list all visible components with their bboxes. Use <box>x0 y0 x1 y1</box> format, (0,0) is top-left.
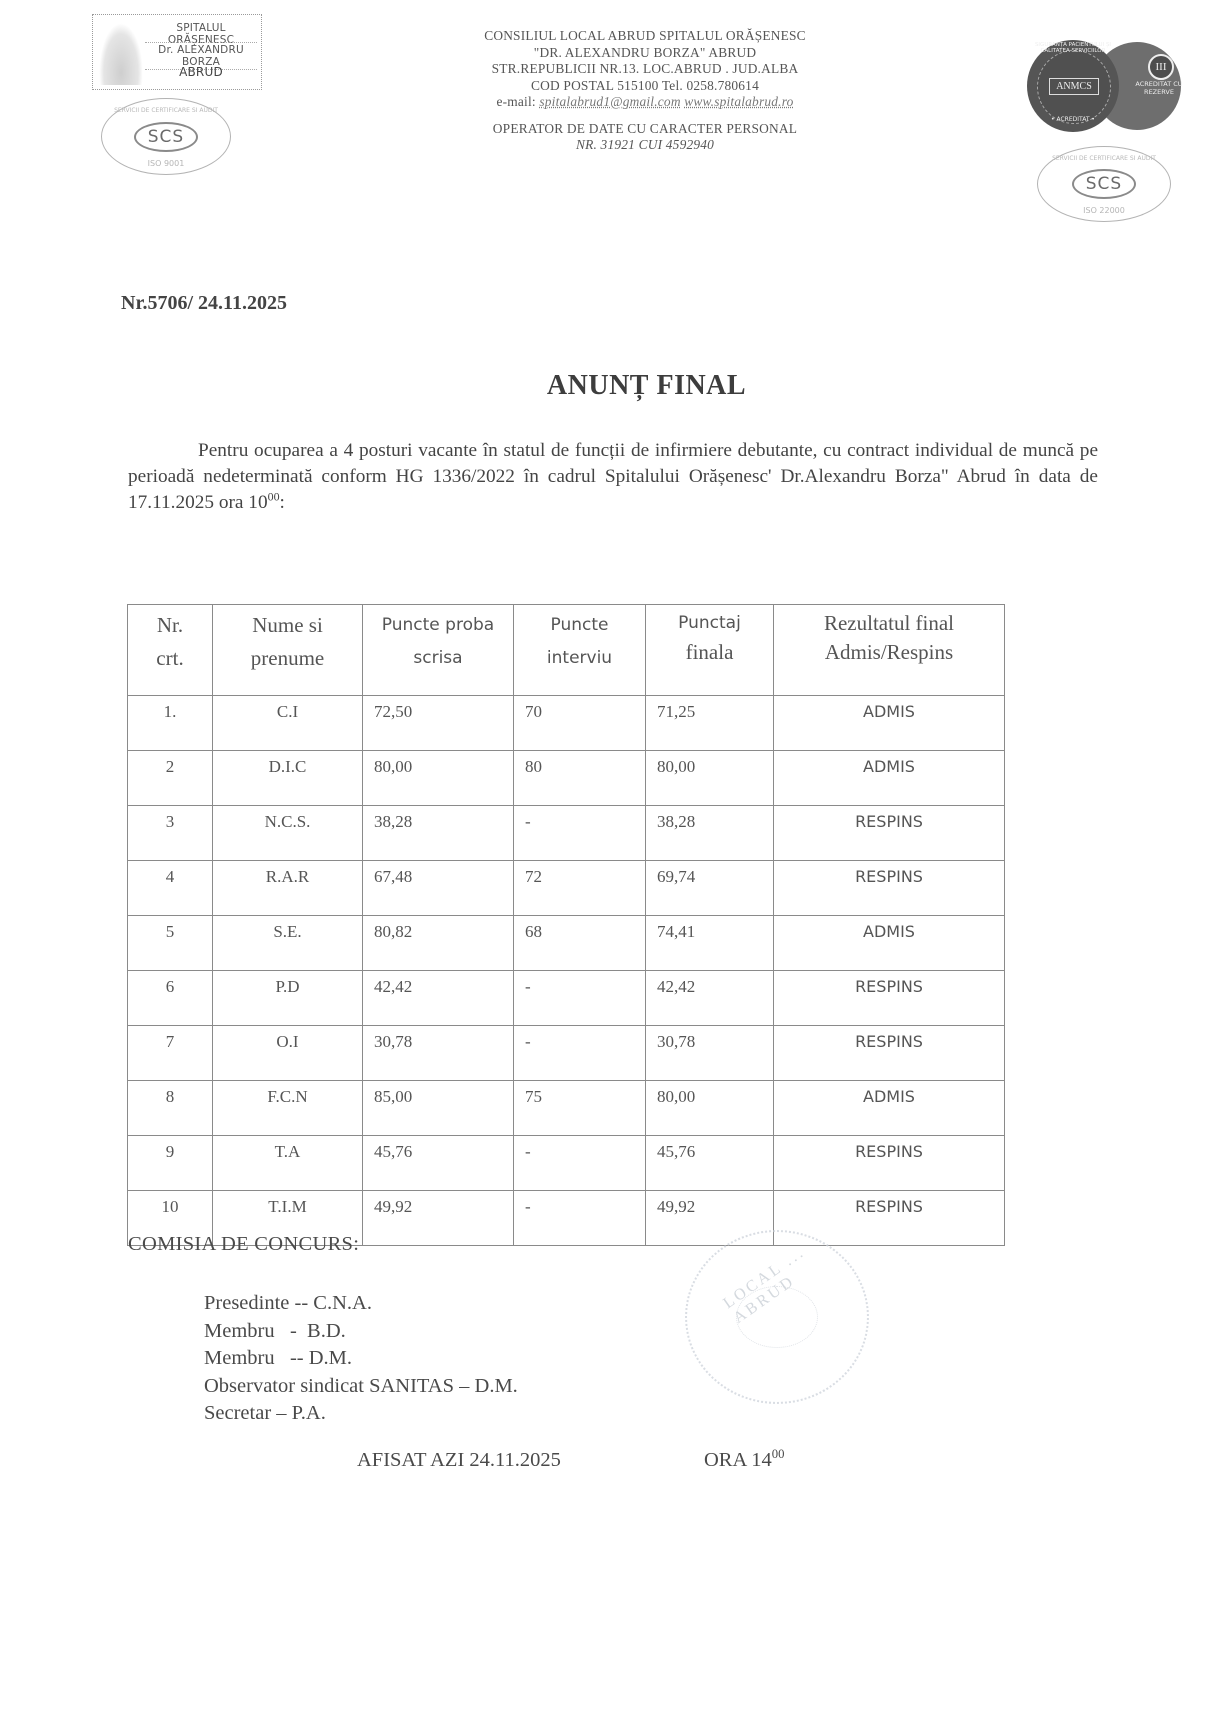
cell-nr: 1. <box>128 696 213 751</box>
cell-punctaj-final: 74,41 <box>646 916 774 971</box>
cell-interviu: 70 <box>514 696 646 751</box>
title-text: ANUNȚ FINAL <box>547 370 746 401</box>
cell-punctaj-final: 71,25 <box>646 696 774 751</box>
anmcs-label: ANMCS <box>1049 78 1099 95</box>
cell-nume: D.I.C <box>213 751 363 806</box>
table-row: 9T.A45,76-45,76RESPINS <box>128 1136 1005 1191</box>
cell-punctaj-final: 45,76 <box>646 1136 774 1191</box>
cell-punctaj-final: 80,00 <box>646 751 774 806</box>
cell-interviu: 75 <box>514 1081 646 1136</box>
anmcs-ring-bottom: • ACREDITAT • <box>1027 116 1119 123</box>
email-label: e-mail: <box>496 94 535 109</box>
cell-interviu: - <box>514 1191 646 1246</box>
accreditation-status: ACREDITAT CU REZERVE <box>1131 80 1187 96</box>
table-row: 7O.I30,78-30,78RESPINS <box>128 1026 1005 1081</box>
cell-rezultat: RESPINS <box>774 971 1005 1026</box>
cell-nr: 2 <box>128 751 213 806</box>
table-row: 6P.D42,42-42,42RESPINS <box>128 971 1005 1026</box>
col-header-interviu: Puncteinterviu <box>514 605 646 696</box>
cell-interviu: 80 <box>514 751 646 806</box>
cell-interviu: - <box>514 1136 646 1191</box>
anmcs-disc: SIGURANȚA PACIENTULUI ȘI CALITATEA SERVI… <box>1027 40 1119 132</box>
header-line-2: "DR. ALEXANDRU BORZA" ABRUD <box>440 45 850 62</box>
table-row: 2D.I.C80,008080,00ADMIS <box>128 751 1005 806</box>
results-table: Nr.crt. Nume siprenume Puncte probascris… <box>127 604 1005 1246</box>
member-1: Membru - B.D. <box>204 1318 518 1346</box>
seal-standard: ISO 9001 <box>102 159 230 168</box>
anmcs-accreditation-badge-icon: SIGURANȚA PACIENTULUI ȘI CALITATEA SERVI… <box>1027 40 1185 132</box>
scs-iso22000-seal-icon: SERVICII DE CERTIFICARE SI AUDIT SCS ISO… <box>1037 146 1171 222</box>
accreditation-level: III <box>1148 54 1174 80</box>
logo-line-3: ABRUD <box>145 65 257 79</box>
col-header-nr: Nr.crt. <box>128 605 213 696</box>
document-number: Nr.5706/ 24.11.2025 <box>121 292 287 315</box>
cell-proba-scrisa: 42,42 <box>363 971 514 1026</box>
col-header-proba-scrisa: Puncte probascrisa <box>363 605 514 696</box>
cell-interviu: - <box>514 806 646 861</box>
header-line-4: COD POSTAL 515100 Tel. 0258.780614 <box>440 78 850 95</box>
table-row: 4R.A.R67,487269,74RESPINS <box>128 861 1005 916</box>
col-header-rezultat: Rezultatul finalAdmis/Respins <box>774 605 1005 696</box>
cell-punctaj-final: 38,28 <box>646 806 774 861</box>
cell-nume: O.I <box>213 1026 363 1081</box>
cell-rezultat: RESPINS <box>774 1026 1005 1081</box>
cell-proba-scrisa: 85,00 <box>363 1081 514 1136</box>
cell-interviu: 68 <box>514 916 646 971</box>
cell-proba-scrisa: 49,92 <box>363 1191 514 1246</box>
cell-nr: 8 <box>128 1081 213 1136</box>
table-row: 8F.C.N85,007580,00ADMIS <box>128 1081 1005 1136</box>
cell-proba-scrisa: 67,48 <box>363 861 514 916</box>
cell-rezultat: RESPINS <box>774 806 1005 861</box>
intro-hour-sup: 00 <box>268 490 280 504</box>
cell-proba-scrisa: 72,50 <box>363 696 514 751</box>
cell-interviu: 72 <box>514 861 646 916</box>
scs-iso9001-seal-icon: SERVICII DE CERTIFICARE SI AUDIT SCS ISO… <box>101 98 231 175</box>
posted-hour: ORA 1400 <box>704 1449 784 1472</box>
table-header-row: Nr.crt. Nume siprenume Puncte probascris… <box>128 605 1005 696</box>
table-row: 3N.C.S.38,28-38,28RESPINS <box>128 806 1005 861</box>
intro-paragraph: Pentru ocuparea a 4 posturi vacante în s… <box>128 438 1098 516</box>
cell-rezultat: ADMIS <box>774 1081 1005 1136</box>
cell-nr: 3 <box>128 806 213 861</box>
email-link[interactable]: spitalabrud1@gmail.com <box>539 94 680 109</box>
member-secretary: Secretar – P.A. <box>204 1400 518 1428</box>
cell-nr: 6 <box>128 971 213 1026</box>
cell-nume: F.C.N <box>213 1081 363 1136</box>
cell-interviu: - <box>514 1026 646 1081</box>
cell-proba-scrisa: 80,00 <box>363 751 514 806</box>
header-line-1: CONSILIUL LOCAL ABRUD SPITALUL ORĂȘENESC <box>440 28 850 45</box>
cell-nume: T.A <box>213 1136 363 1191</box>
document-title: ANUNȚ FINAL <box>0 370 1205 402</box>
seal-standard: ISO 22000 <box>1038 206 1170 215</box>
commission-members: Presedinte -- C.N.A. Membru - B.D. Membr… <box>204 1290 518 1428</box>
operator-number: NR. 31921 CUI 4592940 <box>440 137 850 154</box>
cell-punctaj-final: 69,74 <box>646 861 774 916</box>
cell-nr: 4 <box>128 861 213 916</box>
member-2: Membru -- D.M. <box>204 1345 518 1373</box>
cell-rezultat: ADMIS <box>774 696 1005 751</box>
member-observer: Observator sindicat SANITAS – D.M. <box>204 1373 518 1401</box>
cell-nume: P.D <box>213 971 363 1026</box>
posted-hour-sup: 00 <box>772 1447 785 1461</box>
member-president: Presedinte -- C.N.A. <box>204 1290 518 1318</box>
cell-rezultat: RESPINS <box>774 1136 1005 1191</box>
header-contact: e-mail: spitalabrud1@gmail.com www.spita… <box>440 94 850 111</box>
cell-proba-scrisa: 80,82 <box>363 916 514 971</box>
cell-nume: N.C.S. <box>213 806 363 861</box>
cell-nume: C.I <box>213 696 363 751</box>
cell-interviu: - <box>514 971 646 1026</box>
header-line-3: STR.REPUBLICII NR.13. LOC.ABRUD . JUD.AL… <box>440 61 850 78</box>
official-stamp-icon: LOCAL ... ABRUD <box>685 1230 869 1404</box>
cell-nr: 9 <box>128 1136 213 1191</box>
monument-illustration-icon <box>99 23 143 85</box>
cell-punctaj-final: 80,00 <box>646 1081 774 1136</box>
scs-mark: SCS <box>134 122 198 152</box>
col-header-punctaj: Punctajfinala <box>646 605 774 696</box>
posted-date: AFISAT AZI 24.11.2025 <box>357 1449 561 1472</box>
cell-rezultat: ADMIS <box>774 751 1005 806</box>
commission-title: COMISIA DE CONCURS: <box>128 1233 359 1256</box>
cell-rezultat: ADMIS <box>774 916 1005 971</box>
operator-line: OPERATOR DE DATE CU CARACTER PERSONAL <box>440 121 850 138</box>
cell-proba-scrisa: 30,78 <box>363 1026 514 1081</box>
cell-punctaj-final: 30,78 <box>646 1026 774 1081</box>
cell-nr: 5 <box>128 916 213 971</box>
cell-punctaj-final: 42,42 <box>646 971 774 1026</box>
website-link[interactable]: www.spitalabrud.ro <box>684 94 793 109</box>
seal-ring-text: SERVICII DE CERTIFICARE SI AUDIT <box>102 107 230 114</box>
table-row: 5S.E.80,826874,41ADMIS <box>128 916 1005 971</box>
cell-proba-scrisa: 45,76 <box>363 1136 514 1191</box>
scs-mark: SCS <box>1072 169 1136 199</box>
institution-header: CONSILIUL LOCAL ABRUD SPITALUL ORĂȘENESC… <box>440 28 850 154</box>
cell-nume: R.A.R <box>213 861 363 916</box>
table-row: 1.C.I72,507071,25ADMIS <box>128 696 1005 751</box>
cell-nume: S.E. <box>213 916 363 971</box>
cell-rezultat: RESPINS <box>774 861 1005 916</box>
hospital-logo: SPITALUL ORĂȘENESC Dr. ALEXANDRU BORZA A… <box>92 14 262 90</box>
cell-proba-scrisa: 38,28 <box>363 806 514 861</box>
cell-nr: 7 <box>128 1026 213 1081</box>
col-header-nume: Nume siprenume <box>213 605 363 696</box>
seal-ring-text: SERVICII DE CERTIFICARE SI AUDIT <box>1038 155 1170 162</box>
anmcs-ring-text: SIGURANȚA PACIENTULUI ȘI CALITATEA SERVI… <box>1027 42 1119 54</box>
